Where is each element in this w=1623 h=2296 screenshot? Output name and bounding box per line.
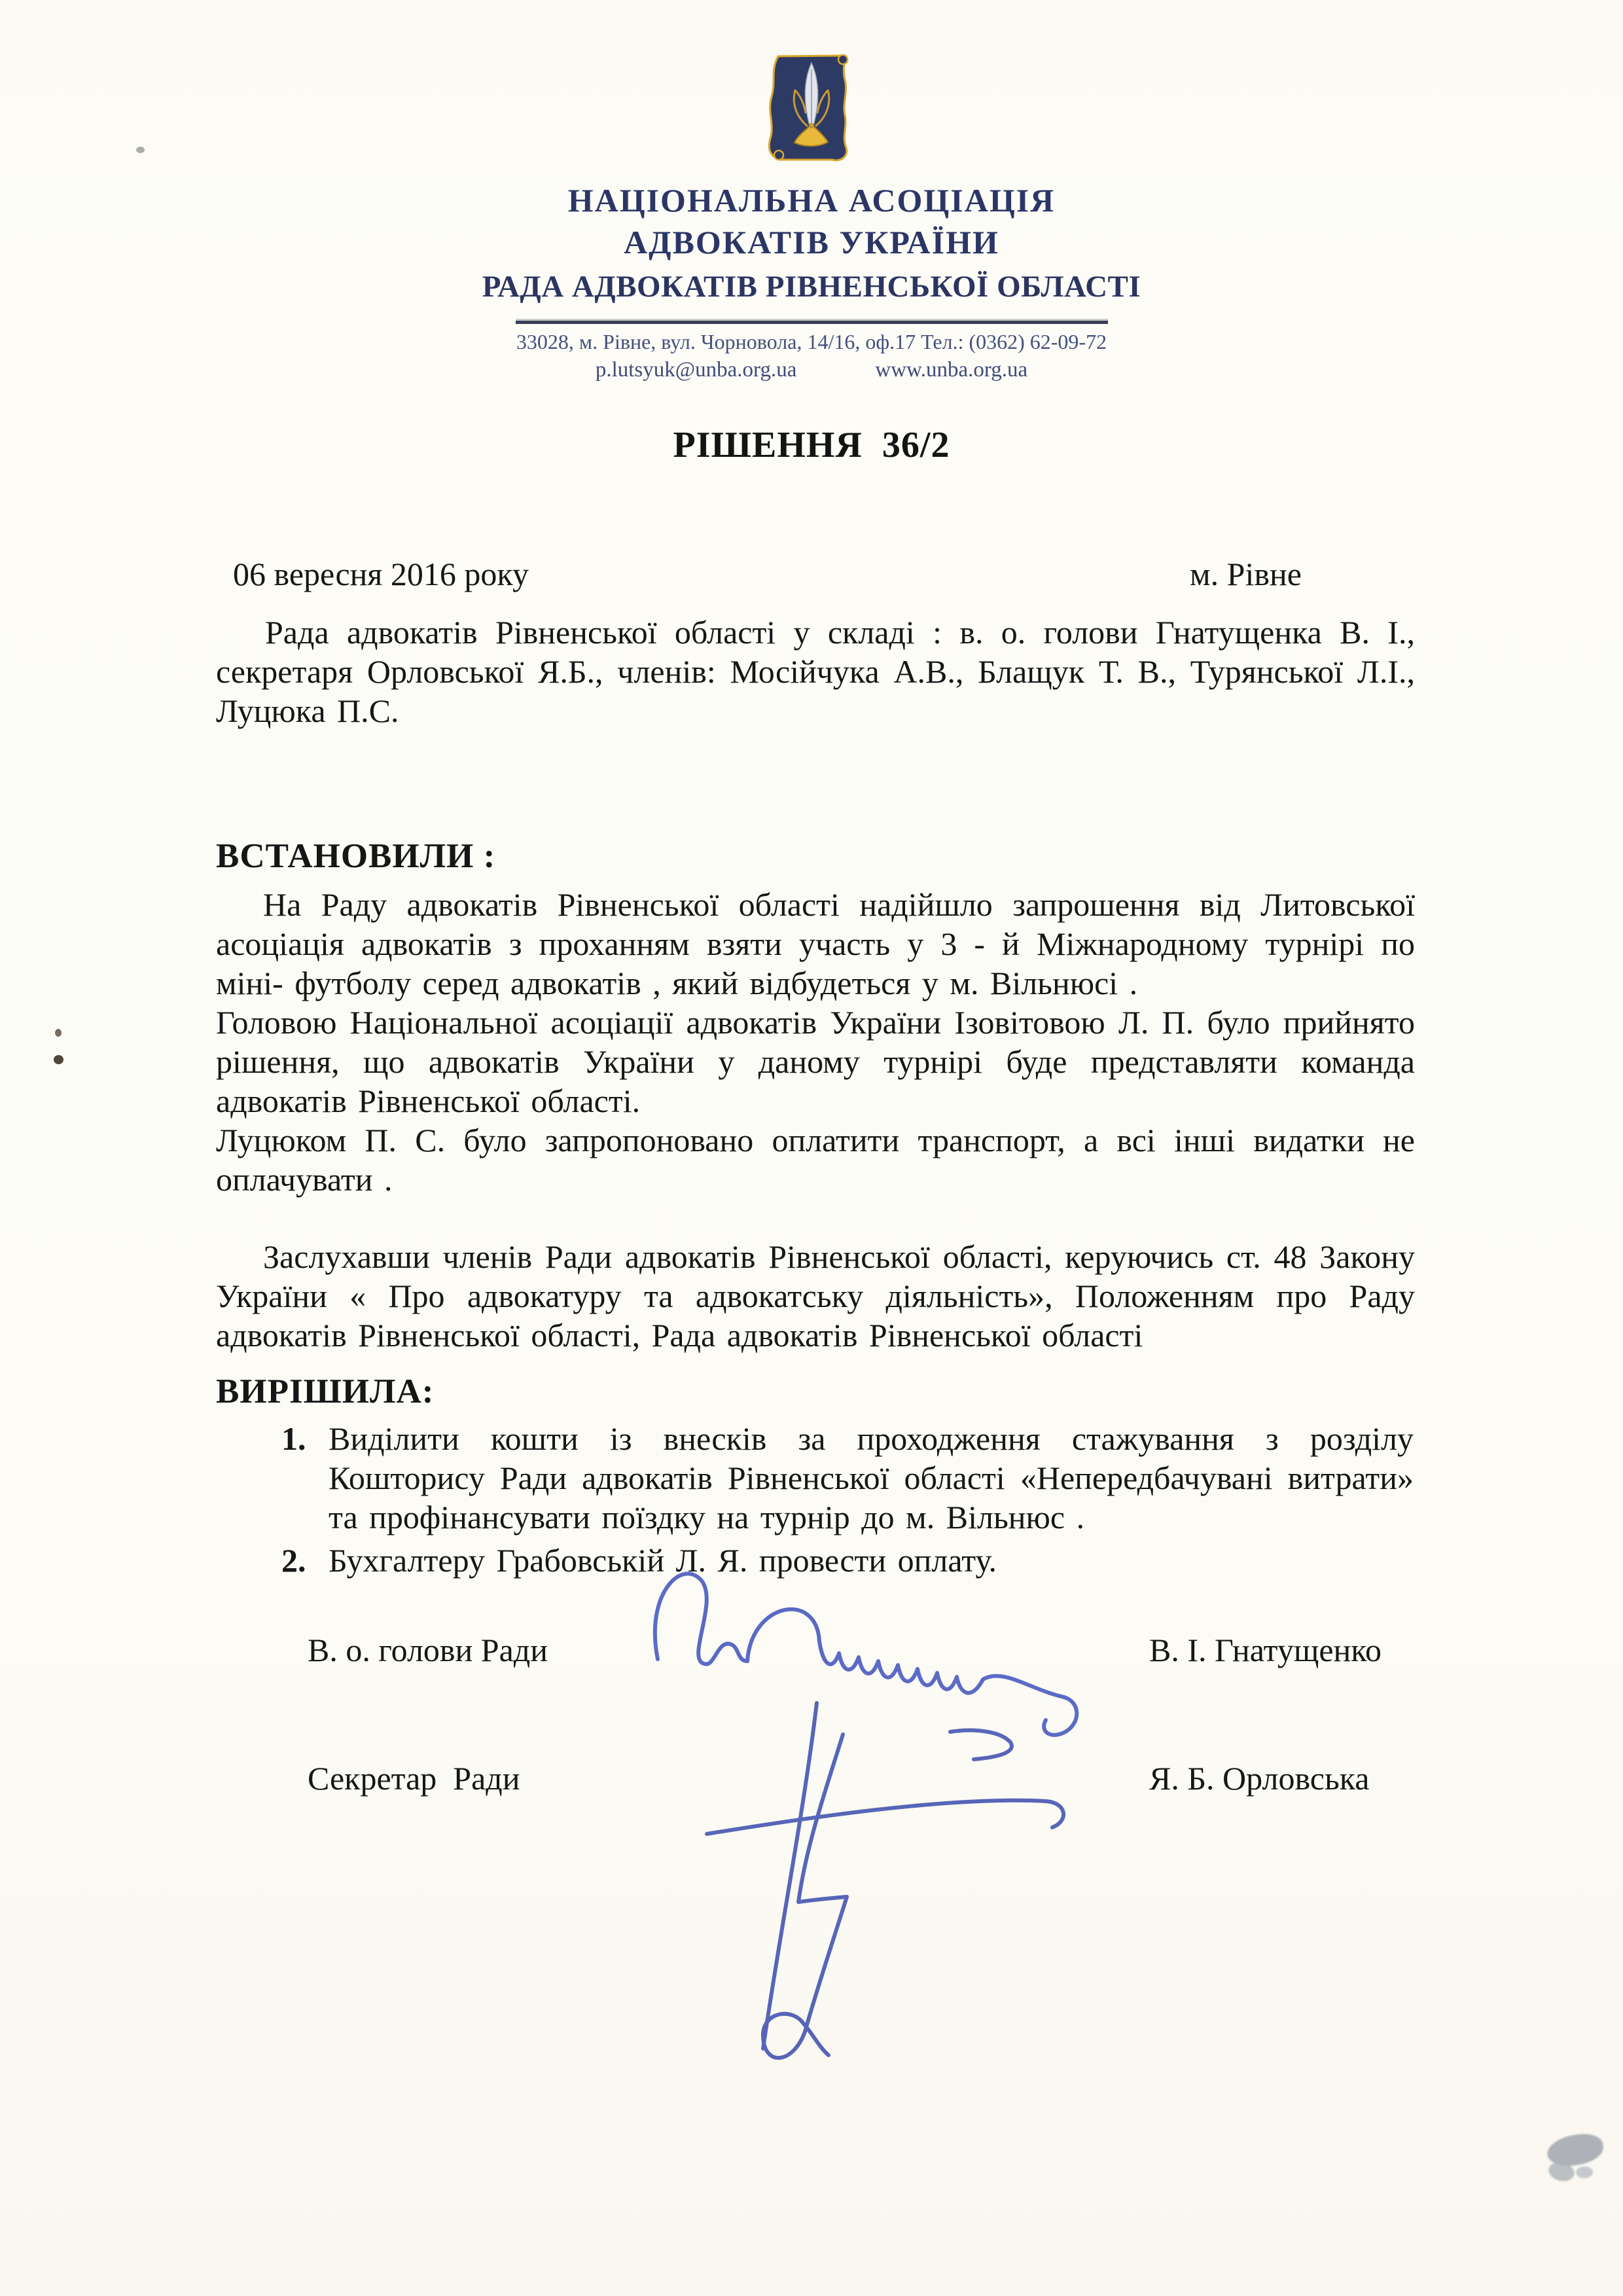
- resolved-item-number: 2.: [281, 1541, 306, 1580]
- handwritten-signatures-ink: [576, 1532, 1113, 2068]
- letterhead-website: www.unba.org.ua: [875, 358, 1027, 382]
- chairman-role-label: В. о. голови Ради: [308, 1631, 548, 1669]
- org-name-line1: НАЦІОНАЛЬНА АСОЦІАЦІЯ: [0, 182, 1623, 219]
- secretary-role-label: Секретар Ради: [308, 1759, 520, 1797]
- document-title: РІШЕННЯ 36/2: [0, 424, 1623, 466]
- document-date: 06 вересня 2016 року: [233, 555, 529, 593]
- established-paragraph: Заслухавши членів Ради адвокатів Рівненс…: [216, 1237, 1415, 1355]
- scanned-decision-document: НАЦІОНАЛЬНА АСОЦІАЦІЯ АДВОКАТІВ УКРАЇНИ …: [0, 0, 1623, 2296]
- chairman-signature-icon: [655, 1573, 1077, 1734]
- scan-speck: [54, 1055, 63, 1064]
- intro-paragraph: Рада адвокатів Рівненської області у скл…: [216, 613, 1415, 730]
- resolved-item: 1. Виділити кошти із внесків за проходже…: [281, 1419, 1414, 1537]
- letterhead-divider: [516, 321, 1108, 324]
- resolved-heading: ВИРІШИЛА:: [216, 1372, 434, 1411]
- established-section: На Раду адвокатів Рівненської області на…: [216, 885, 1415, 1355]
- established-paragraph: Головою Національної асоціації адвокатів…: [216, 1003, 1415, 1121]
- unba-scroll-quill-logo-icon: [764, 50, 859, 165]
- org-regional-council-name: РАДА АДВОКАТІВ РІВНЕНСЬКОЇ ОБЛАСТІ: [0, 270, 1623, 304]
- established-paragraph: На Раду адвокатів Рівненської області на…: [216, 885, 1415, 1003]
- secretary-name: Я. Б. Орловська: [1149, 1759, 1370, 1797]
- resolved-item-text: Виділити кошти із внесків за проходження…: [329, 1420, 1414, 1535]
- document-city: м. Рівне: [1190, 555, 1302, 593]
- established-paragraph: Луцюком П. С. було запропоновано оплатит…: [216, 1121, 1415, 1199]
- secretary-signature-icon: [707, 1703, 1063, 2058]
- scan-smudge: [1538, 2132, 1610, 2191]
- scan-speck: [136, 147, 145, 153]
- scan-speck: [55, 1029, 62, 1037]
- resolved-item-number: 1.: [281, 1419, 306, 1458]
- chairman-name: В. І. Гнатущенко: [1149, 1631, 1382, 1669]
- date-row: 06 вересня 2016 року м. Рівне: [0, 555, 1623, 594]
- letterhead-address: 33028, м. Рівне, вул. Чорновола, 14/16, …: [0, 329, 1623, 354]
- letterhead-contacts: p.lutsyuk@unba.org.uawww.unba.org.ua: [0, 357, 1623, 383]
- letterhead-email: p.lutsyuk@unba.org.ua: [596, 358, 797, 382]
- established-heading: ВСТАНОВИЛИ :: [216, 836, 495, 876]
- letterhead: НАЦІОНАЛЬНА АСОЦІАЦІЯ АДВОКАТІВ УКРАЇНИ …: [0, 0, 1623, 383]
- org-name-line2: АДВОКАТІВ УКРАЇНИ: [0, 224, 1623, 260]
